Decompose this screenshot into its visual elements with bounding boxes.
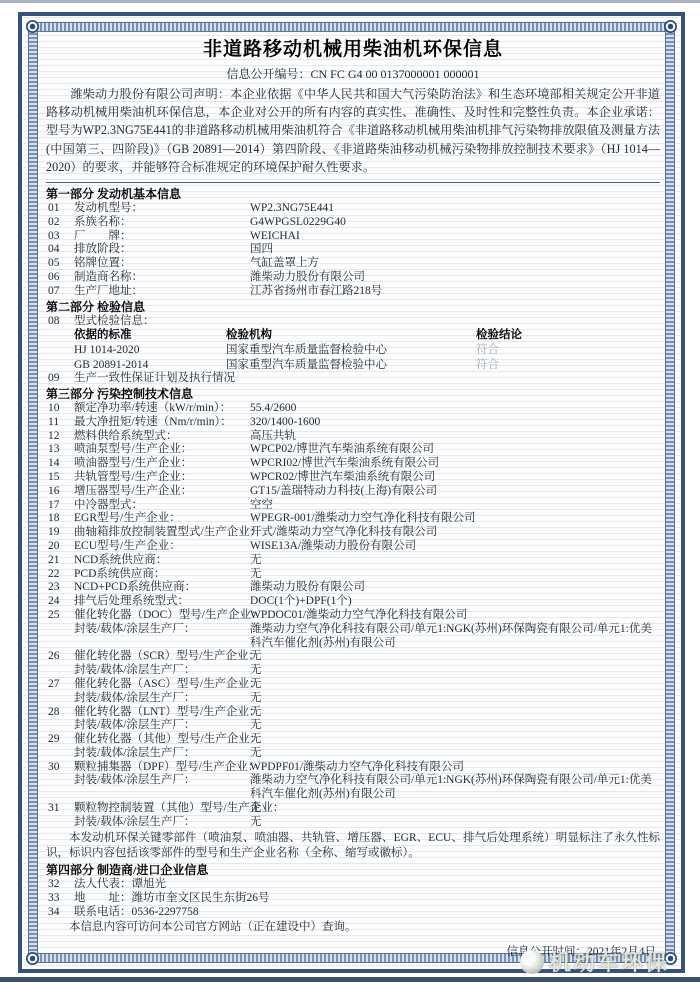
doc-number-label: 信息公开编号：	[226, 67, 310, 81]
item-number: 07	[48, 285, 74, 299]
item-value: 气缸盖罩上方	[250, 257, 660, 271]
item-label: NCD系统供应商：	[74, 554, 250, 568]
item-number: 14	[48, 457, 74, 471]
item-value: WPCRI02/博世汽车柴油系统有限公司	[250, 457, 660, 471]
item-label: 喷油器型号/生产企业：	[74, 457, 250, 471]
item-value: WPDPF01/潍柴动力空气净化科技有限公司	[250, 761, 660, 775]
info-row: 33 地 址： 潍坊市奎文区民生东街26号	[46, 892, 660, 906]
info-row: 19 曲轴箱排放控制装置型式/生产企业： 开式/潍柴动力空气净化科技有限公司	[46, 526, 660, 540]
info-row-09: 09 生产一致性保证计划及执行情况	[46, 372, 660, 386]
corner-ornament-icon	[26, 20, 39, 33]
item-label: 燃料供给系统型式：	[74, 430, 250, 444]
divider-line	[46, 182, 660, 183]
item-value: 无	[250, 733, 660, 747]
item-number: 21	[48, 554, 74, 568]
section4-rows: 32 法人代表： 谭旭光 33 地 址： 潍坊市奎文区民生东街26号 34 联系…	[46, 878, 660, 919]
page-edge-top	[0, 0, 700, 3]
certificate-page: 非道路移动机械用柴油机环保信息 信息公开编号：CN FC G4 00 01370…	[0, 0, 700, 982]
info-row: 封装/载体/涂层生产厂： 无	[46, 816, 660, 830]
item-label: 催化转化器（DOC）型号/生产企业：	[74, 609, 250, 623]
item-number: 31	[48, 802, 74, 816]
item-value: 无	[250, 816, 660, 830]
info-row: 封装/载体/涂层生产厂： 无	[46, 747, 660, 761]
info-row: 28 催化转化器（LNT）型号/生产企业： 无	[46, 706, 660, 720]
item-number: 34	[48, 906, 74, 920]
info-row: 12 燃料供给系统型式： 高压共轨	[46, 430, 660, 444]
col-agency: 检验机构	[226, 328, 476, 343]
col-result: 检验结论	[476, 328, 660, 343]
info-row: 04 排放阶段： 国四	[46, 243, 660, 257]
item-label: EGR型号/生产企业：	[74, 512, 250, 526]
declaration-paragraph: 潍柴动力股份有限公司声明：本企业依据《中华人民共和国大气污染防治法》和生态环境部…	[46, 85, 660, 176]
inspection-table-header: 依据的标准 检验机构 检验结论	[46, 328, 660, 343]
item-label: NCD+PCD系统供应商：	[74, 581, 250, 595]
info-row: 封装/载体/涂层生产厂： 潍柴动力空气净化科技有限公司/单元1:NGK(苏州)环…	[46, 774, 660, 802]
info-row: 11 最大净扭矩/转速（Nm/r/min）： 320/1400-1600	[46, 416, 660, 430]
document-content: 非道路移动机械用柴油机环保信息 信息公开编号：CN FC G4 00 01370…	[46, 34, 660, 956]
item-label: 喷油泵型号/生产企业：	[74, 443, 250, 457]
item-value: 55.4/2600	[250, 402, 660, 416]
corner-ornament-icon	[664, 20, 677, 33]
info-row: 30 颗粒捕集器（DPF）型号/生产企业： WPDPF01/潍柴动力空气净化科技…	[46, 761, 660, 775]
item-label: 增压器型号/生产企业：	[74, 485, 250, 499]
table-row: GB 20891-2014 国家重型汽车质量监督检验中心 符合	[46, 358, 660, 373]
table-row: HJ 1014-2020 国家重型汽车质量监督检验中心 符合	[46, 343, 660, 358]
item-number: 10	[48, 402, 74, 416]
item-value: 无	[250, 554, 660, 568]
item-value: 无	[250, 692, 660, 706]
item-value: 无	[250, 719, 660, 733]
frame-band-right	[665, 22, 675, 963]
item-value: G4WPGSL0229G40	[250, 216, 660, 230]
info-row: 06 制造商名称： 潍柴动力股份有限公司	[46, 271, 660, 285]
document-title: 非道路移动机械用柴油机环保信息	[46, 38, 660, 62]
item-number	[48, 664, 74, 678]
item-value: WPCR02/博世汽车柴油系统有限公司	[250, 471, 660, 485]
item-value: 潍柴动力股份有限公司	[250, 581, 660, 595]
item-number: 26	[48, 650, 74, 664]
item-number: 32	[48, 878, 74, 892]
agency-cell: 国家重型汽车质量监督检验中心	[226, 358, 476, 373]
item-number: 28	[48, 706, 74, 720]
item-label: 催化转化器（ASC）型号/生产企业：	[74, 678, 250, 692]
info-row: 21 NCD系统供应商： 无	[46, 554, 660, 568]
item-value: 潍柴动力空气净化科技有限公司/单元1:NGK(苏州)环保陶瓷有限公司/单元1:优…	[250, 623, 660, 651]
item-number: 09	[48, 372, 74, 386]
item-value: WPCP02/博世汽车柴油系统有限公司	[250, 443, 660, 457]
item-value: WEICHAI	[250, 230, 660, 244]
item-number: 11	[48, 416, 74, 430]
item-label: 厂 牌：	[74, 230, 250, 244]
item-value: 无	[250, 678, 660, 692]
item-number	[48, 719, 74, 733]
item-number: 24	[48, 595, 74, 609]
doc-number-value: CN FC G4 00 0137000001 000001	[311, 67, 480, 81]
item-label: 曲轴箱排放控制装置型式/生产企业：	[74, 526, 250, 540]
info-row: 29 催化转化器（其他）型号/生产企业： 无	[46, 733, 660, 747]
info-row: 26 催化转化器（SCR）型号/生产企业： 无	[46, 650, 660, 664]
item-value: 320/1400-1600	[250, 416, 660, 430]
item-number: 29	[48, 733, 74, 747]
section3-rows: 10 额定净功率/转速（kW/r/min）： 55.4/2600 11 最大净扭…	[46, 402, 660, 830]
item-label: 共轨管型号/生产企业：	[74, 471, 250, 485]
item-number: 01	[48, 202, 74, 216]
agency-cell: 国家重型汽车质量监督检验中心	[226, 343, 476, 358]
standard-cell: HJ 1014-2020	[74, 343, 226, 358]
info-row-08: 08 型式检验信息：	[46, 315, 660, 329]
section4-heading: 第四部分 制造商/进口企业信息	[46, 862, 660, 878]
info-row: 25 催化转化器（DOC）型号/生产企业： WPDOC01/潍柴动力空气净化科技…	[46, 609, 660, 623]
item-number: 08	[48, 315, 74, 329]
item-label: 地 址：	[74, 892, 132, 906]
item-number: 22	[48, 568, 74, 582]
item-label: 最大净扭矩/转速（Nm/r/min）：	[74, 416, 250, 430]
info-row: 14 喷油器型号/生产企业： WPCRI02/博世汽车柴油系统有限公司	[46, 457, 660, 471]
doc-number-line: 信息公开编号：CN FC G4 00 0137000001 000001	[46, 67, 660, 82]
info-row: 15 共轨管型号/生产企业： WPCR02/博世汽车柴油系统有限公司	[46, 471, 660, 485]
info-row: 封装/载体/涂层生产厂： 潍柴动力空气净化科技有限公司/单元1:NGK(苏州)环…	[46, 623, 660, 651]
item-value: 0536-2297758	[132, 906, 199, 920]
info-row: 27 催化转化器（ASC）型号/生产企业： 无	[46, 678, 660, 692]
item-number: 13	[48, 443, 74, 457]
item-number: 33	[48, 892, 74, 906]
item-label: 封装/载体/涂层生产厂：	[74, 774, 250, 802]
item-value: DOC(1个)+DPF(1个)	[250, 595, 660, 609]
item-label: PCD系统供应商：	[74, 568, 250, 582]
info-row: 03 厂 牌： WEICHAI	[46, 230, 660, 244]
section1-rows: 01 发动机型号： WP2.3NG75E441 02 系族名称： G4WPGSL…	[46, 202, 660, 299]
item-label: 封装/载体/涂层生产厂：	[74, 623, 250, 651]
item-value: 开式/潍柴动力空气净化科技有限公司	[250, 526, 660, 540]
frame-band-left	[28, 22, 38, 963]
item-value: 无	[250, 706, 660, 720]
item-number: 17	[48, 499, 74, 513]
info-row: 23 NCD+PCD系统供应商： 潍柴动力股份有限公司	[46, 581, 660, 595]
item-label: 生产厂地址：	[74, 285, 250, 299]
info-row: 封装/载体/涂层生产厂： 无	[46, 664, 660, 678]
info-row: 16 增压器型号/生产企业： GT15/盖瑞特动力科技(上海)有限公司	[46, 485, 660, 499]
item-number: 16	[48, 485, 74, 499]
item-label: 封装/载体/涂层生产厂：	[74, 664, 250, 678]
section1-heading: 第一部分 发动机基本信息	[46, 186, 660, 202]
item-number: 18	[48, 512, 74, 526]
info-row: 封装/载体/涂层生产厂： 无	[46, 719, 660, 733]
item-value: 潍柴动力空气净化科技有限公司/单元1:NGK(苏州)环保陶瓷有限公司/单元1:优…	[250, 774, 660, 802]
item-label: 催化转化器（SCR）型号/生产企业：	[74, 650, 250, 664]
info-row: 24 排气后处理系统型式： DOC(1个)+DPF(1个)	[46, 595, 660, 609]
item-value: 江苏省扬州市春江路218号	[250, 285, 660, 299]
durability-note: 本发动机环保关键零部件（喷油泵、喷油器、共轨管、增压器、EGR、ECU、排气后处…	[46, 831, 660, 861]
item-value: 高压共轨	[250, 430, 660, 444]
section2-heading: 第二部分 检验信息	[46, 299, 660, 315]
item-label: 中冷器型式：	[74, 499, 250, 513]
item-label: 制造商名称：	[74, 271, 250, 285]
item-value: 谭旭光	[132, 878, 167, 892]
watermark-logo-icon	[520, 950, 544, 974]
info-row: 封装/载体/涂层生产厂： 无	[46, 692, 660, 706]
item-value: 空空	[250, 499, 660, 513]
info-row: 10 额定净功率/转速（kW/r/min）： 55.4/2600	[46, 402, 660, 416]
standard-cell: GB 20891-2014	[74, 358, 226, 373]
item-label: 催化转化器（LNT）型号/生产企业：	[74, 706, 250, 720]
item-number: 27	[48, 678, 74, 692]
item-label: 封装/载体/涂层生产厂：	[74, 719, 250, 733]
item-label: 联系电话：	[74, 906, 132, 920]
item-number: 19	[48, 526, 74, 540]
item-label: 封装/载体/涂层生产厂：	[74, 816, 250, 830]
info-row: 22 PCD系统供应商： 无	[46, 568, 660, 582]
item-number: 12	[48, 430, 74, 444]
info-row: 02 系族名称： G4WPGSL0229G40	[46, 216, 660, 230]
item-value: GT15/盖瑞特动力科技(上海)有限公司	[250, 485, 660, 499]
item-number	[48, 774, 74, 802]
item-label: ECU型号/生产企业：	[74, 540, 250, 554]
item-number	[48, 747, 74, 761]
item-value: 无	[250, 650, 660, 664]
item-label: 型式检验信息：	[74, 315, 155, 329]
item-number: 15	[48, 471, 74, 485]
result-cell: 符合	[476, 358, 660, 373]
watermark-text: 机动车环保	[549, 946, 669, 977]
item-value: WPDOC01/潍柴动力空气净化科技有限公司	[250, 609, 660, 623]
item-number: 05	[48, 257, 74, 271]
item-value: 无	[250, 747, 660, 761]
item-value: WP2.3NG75E441	[250, 202, 660, 216]
item-label: 发动机型号：	[74, 202, 250, 216]
info-row: 17 中冷器型式： 空空	[46, 499, 660, 513]
item-number	[48, 692, 74, 706]
website-note: 本信息内容可访问本公司官方网站（正在建设中）查询。	[46, 920, 660, 935]
item-label: 封装/载体/涂层生产厂：	[74, 747, 250, 761]
item-label: 系族名称：	[74, 216, 250, 230]
item-value: 无	[250, 568, 660, 582]
item-label: 排气后处理系统型式：	[74, 595, 250, 609]
inspection-table-rows: HJ 1014-2020 国家重型汽车质量监督检验中心 符合 GB 20891-…	[46, 343, 660, 372]
item-value: WPEGR-001/潍柴动力空气净化科技有限公司	[250, 512, 660, 526]
item-label: 生产一致性保证计划及执行情况	[74, 372, 235, 386]
item-number: 20	[48, 540, 74, 554]
item-value: 潍柴动力股份有限公司	[250, 271, 660, 285]
info-row: 20 ECU型号/生产企业： WISE13A/潍柴动力股份有限公司	[46, 540, 660, 554]
corner-ornament-icon	[26, 952, 39, 965]
info-row: 07 生产厂地址： 江苏省扬州市春江路218号	[46, 285, 660, 299]
item-label: 催化转化器（其他）型号/生产企业：	[74, 733, 250, 747]
item-value: 国四	[250, 243, 660, 257]
info-row: 01 发动机型号： WP2.3NG75E441	[46, 202, 660, 216]
item-number	[48, 623, 74, 651]
item-number: 02	[48, 216, 74, 230]
item-number: 30	[48, 761, 74, 775]
info-row: 13 喷油泵型号/生产企业： WPCP02/博世汽车柴油系统有限公司	[46, 443, 660, 457]
result-cell: 符合	[476, 343, 660, 358]
section3-heading: 第三部分 污染控制技术信息	[46, 386, 660, 402]
item-value: 潍坊市奎文区民生东街26号	[132, 892, 270, 906]
watermark: 机动车环保	[520, 946, 669, 977]
item-value: 无	[250, 802, 660, 816]
item-value: 无	[250, 664, 660, 678]
col-standard: 依据的标准	[74, 328, 226, 343]
item-number: 03	[48, 230, 74, 244]
item-label: 法人代表：	[74, 878, 132, 892]
item-value: WISE13A/潍柴动力股份有限公司	[250, 540, 660, 554]
item-label: 颗粒物控制装置（其他）型号/生产企业：	[74, 802, 250, 816]
page-edge-bottom	[0, 977, 700, 982]
item-number: 06	[48, 271, 74, 285]
info-row: 05 铭牌位置： 气缸盖罩上方	[46, 257, 660, 271]
info-row: 34 联系电话： 0536-2297758	[46, 906, 660, 920]
item-label: 封装/载体/涂层生产厂：	[74, 692, 250, 706]
item-number	[48, 816, 74, 830]
item-number: 04	[48, 243, 74, 257]
item-label: 颗粒捕集器（DPF）型号/生产企业：	[74, 761, 250, 775]
item-number: 23	[48, 581, 74, 595]
frame-band-top	[28, 22, 675, 32]
item-label: 铭牌位置：	[74, 257, 250, 271]
info-row: 18 EGR型号/生产企业： WPEGR-001/潍柴动力空气净化科技有限公司	[46, 512, 660, 526]
item-number: 25	[48, 609, 74, 623]
item-label: 额定净功率/转速（kW/r/min）：	[74, 402, 250, 416]
item-label: 排放阶段：	[74, 243, 250, 257]
info-row: 31 颗粒物控制装置（其他）型号/生产企业： 无	[46, 802, 660, 816]
info-row: 32 法人代表： 谭旭光	[46, 878, 660, 892]
